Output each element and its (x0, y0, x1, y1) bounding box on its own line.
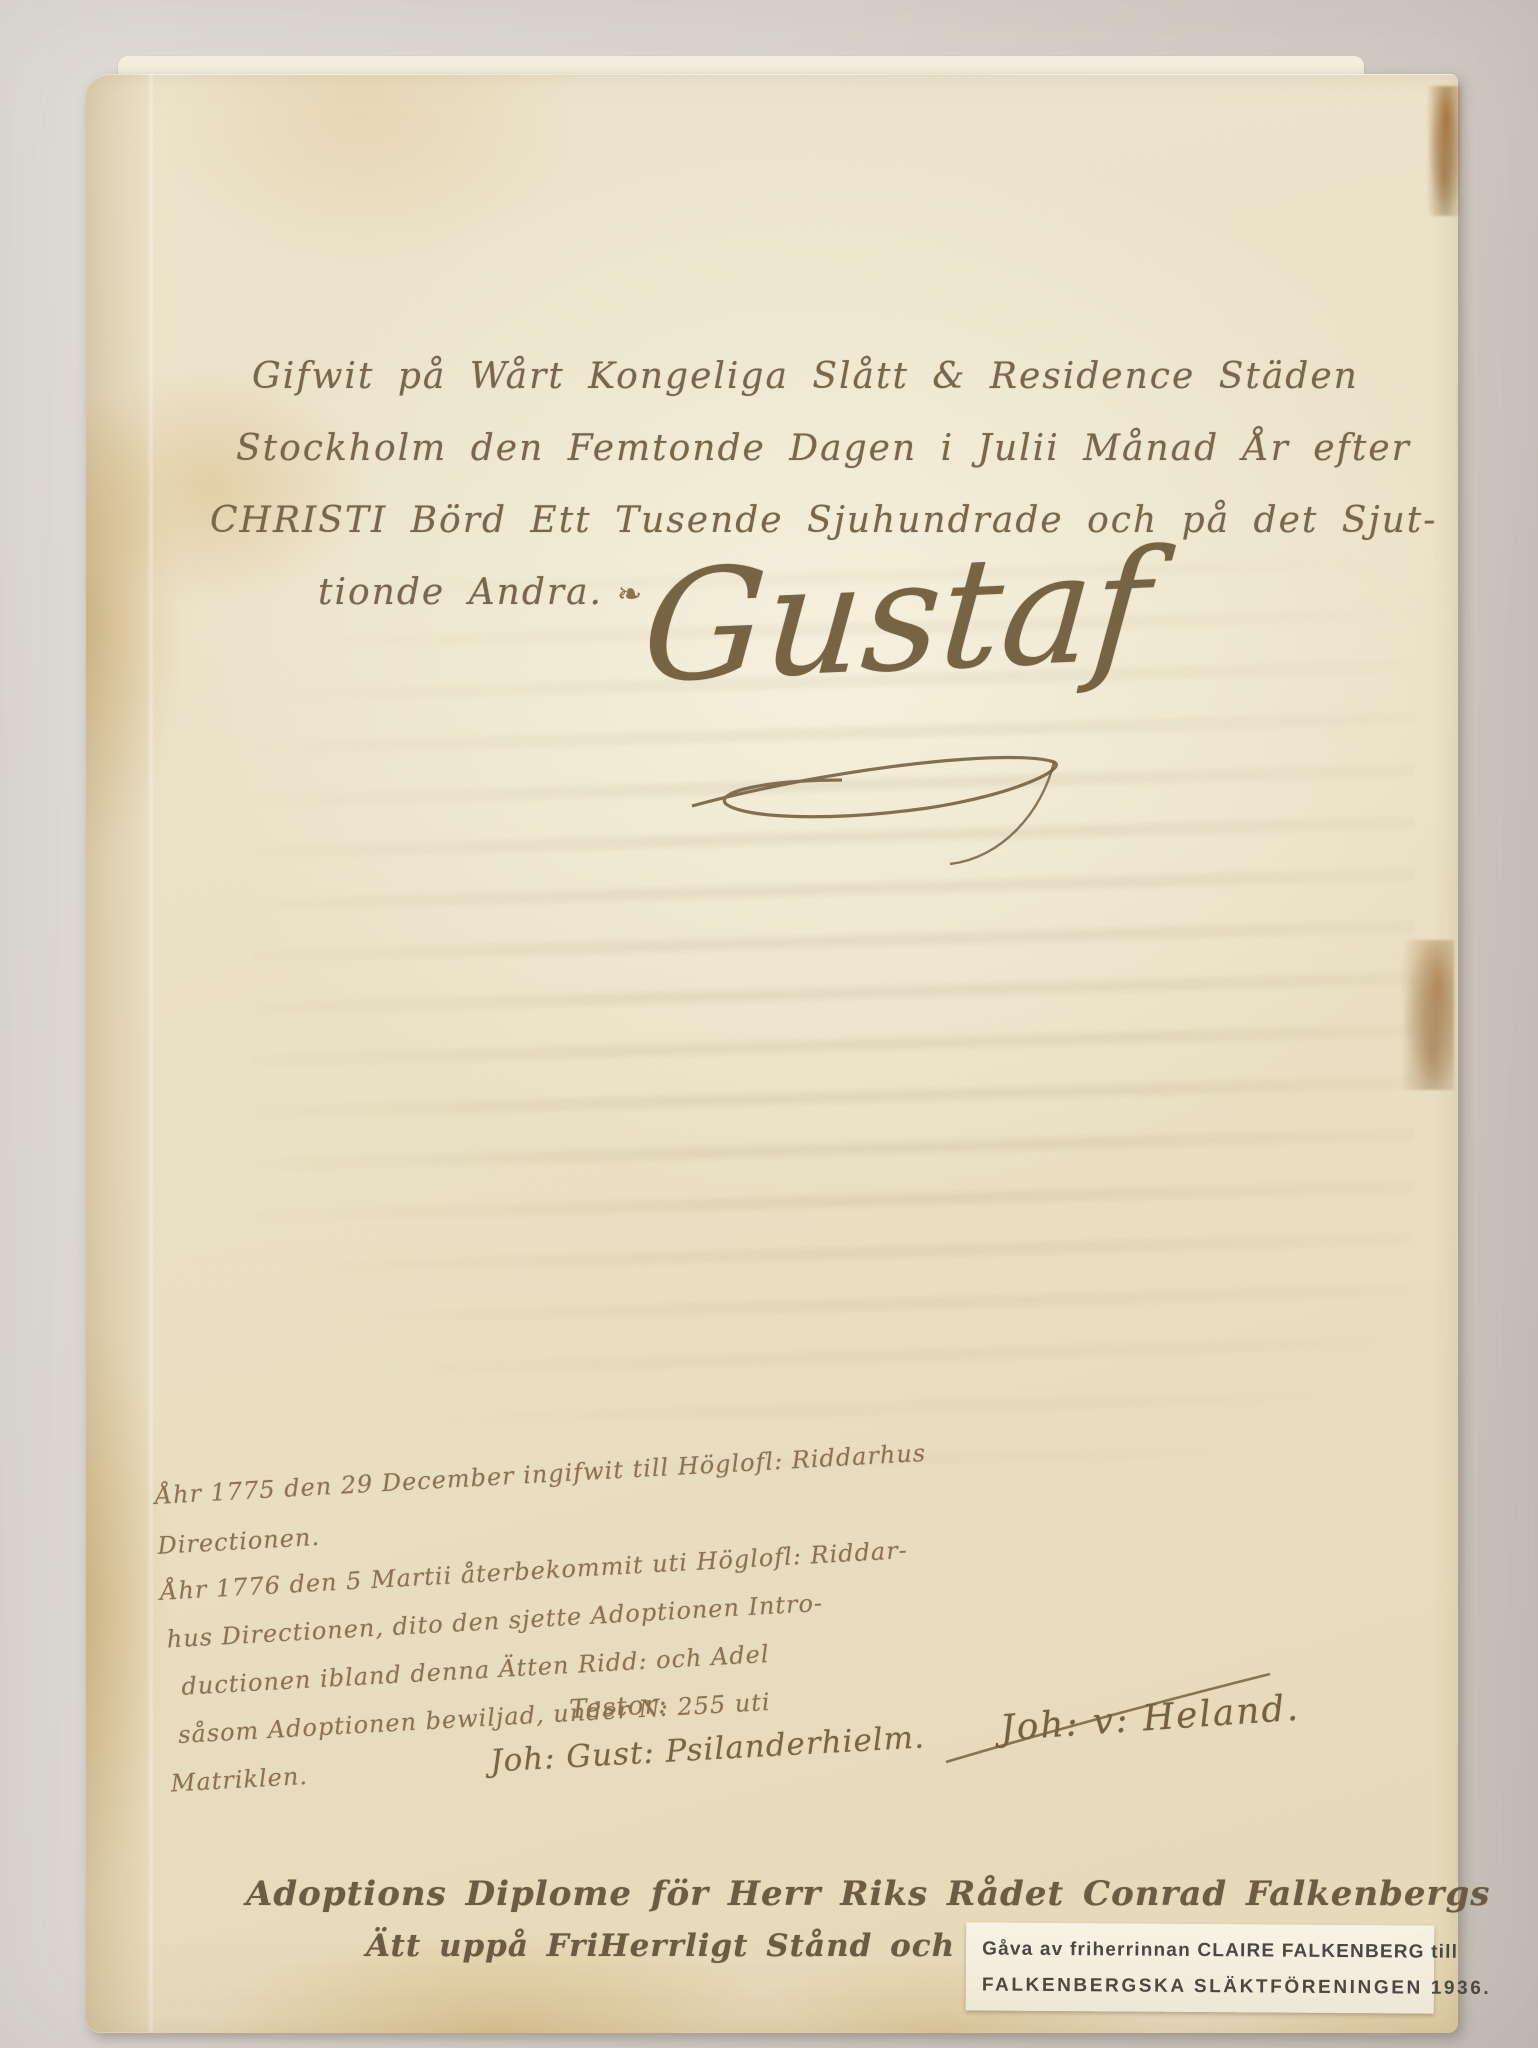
secretary-signature: Joh: Gust: Psilanderhielm. (489, 1719, 926, 1779)
label-line: Gåva av friherrinnan CLAIRE FALKENBERG t… (982, 1938, 1420, 1963)
registration-note: Åhr 1775 den 29 December ingifwit till H… (154, 1434, 1033, 1841)
note-line: ductionen ibland denna Ätten Ridd: och A… (181, 1640, 771, 1701)
label-line: FALKENBERGSKA SLÄKTFÖRENINGEN 1936. (982, 1974, 1420, 1999)
binding-crease (148, 74, 154, 2032)
royal-signature: Gustaf (638, 530, 1155, 705)
edge-damage-spot-middle (1400, 940, 1454, 1090)
dateline-line: Gifwit på Wårt Kongeliga Slått & Residen… (252, 356, 1359, 397)
title-line: Adoptions Diplome för Herr Riks Rådet Co… (246, 1874, 1490, 1914)
flourish-ornament: ❧ (617, 577, 644, 612)
photo-background: Gifwit på Wårt Kongeliga Slått & Residen… (0, 0, 1538, 2048)
note-line: Matriklen. (170, 1762, 309, 1798)
note-line: Directionen. (157, 1523, 321, 1560)
provenance-label: Gåva av friherrinnan CLAIRE FALKENBERG t… (966, 1922, 1435, 2013)
dateline-line: Stockholm den Femtonde Dagen i Julii Mån… (236, 428, 1411, 469)
testor-label: Testor: (569, 1690, 669, 1725)
dateline-text: tionde Andra. (318, 572, 603, 613)
dateline-line: tionde Andra.❧ (318, 572, 644, 613)
edge-damage-spot-top (1426, 86, 1460, 216)
